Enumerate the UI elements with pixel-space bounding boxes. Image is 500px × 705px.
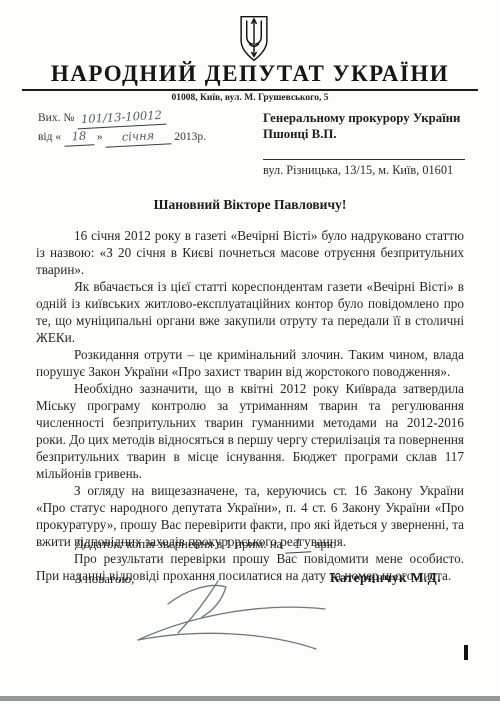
body-paragraph: Як вбачається із цієї статті кореспонден… — [36, 278, 464, 346]
addressee-title: Генеральному прокурору України — [263, 111, 465, 127]
signer-name: Катеринчук М.Д. — [330, 570, 441, 586]
addressee-name: Пшонці В.П. — [263, 127, 465, 143]
body-paragraph: Необхідно зазначити, що в квітні 2012 ро… — [36, 380, 464, 482]
body-paragraph: Розкидання отрути – це кримінальний злоч… — [36, 346, 464, 380]
date-year: 2013р. — [174, 131, 206, 143]
date-month-value: січня — [105, 125, 172, 147]
date-close-quote: » — [97, 131, 103, 143]
letterhead-title: НАРОДНИЙ ДЕПУТАТ УКРАЇНИ — [0, 61, 500, 87]
scan-artifact-mark — [464, 645, 468, 660]
addressee-divider — [263, 159, 465, 160]
date-prefix: від « — [38, 131, 61, 143]
addressee-block: Генеральному прокурору України Пшонці В.… — [263, 111, 465, 178]
scanned-letter-page: НАРОДНИЙ ДЕПУТАТ УКРАЇНИ 01008, Київ, ву… — [0, 0, 500, 705]
attachment-text-before: Додаток: копія звернення в 1 прим. на — [75, 537, 282, 551]
addressee-address: вул. Різницька, 13/15, м. Київ, 01601 — [263, 163, 465, 178]
handwritten-signature — [118, 578, 343, 653]
outgoing-number-label: Вих. № — [38, 112, 74, 124]
reference-block: Вих. № 101/13-10012 від « 18 » січня 201… — [38, 108, 253, 146]
salutation: Шановний Вікторе Павловичу! — [36, 197, 464, 213]
scan-bottom-edge — [0, 696, 500, 701]
ukraine-trident-emblem-icon — [237, 15, 271, 62]
outgoing-date-line: від « 18 » січня 2013р. — [38, 127, 253, 146]
letter-body: 16 січня 2012 року в газеті «Вечірні Віс… — [36, 227, 464, 584]
letterhead-address: 01008, Київ, вул. М. Грушевського, 5 — [0, 93, 500, 103]
outgoing-number-line: Вих. № 101/13-10012 — [38, 108, 253, 127]
date-day-value: 18 — [64, 126, 95, 147]
attachment-sheets-value: 1 — [285, 536, 312, 553]
body-paragraph: 16 січня 2012 року в газеті «Вечірні Віс… — [36, 227, 464, 278]
attachment-note: Додаток: копія звернення в 1 прим. на 1 … — [75, 537, 465, 553]
letterhead-divider — [22, 89, 478, 91]
attachment-text-after: арк. — [315, 537, 337, 551]
